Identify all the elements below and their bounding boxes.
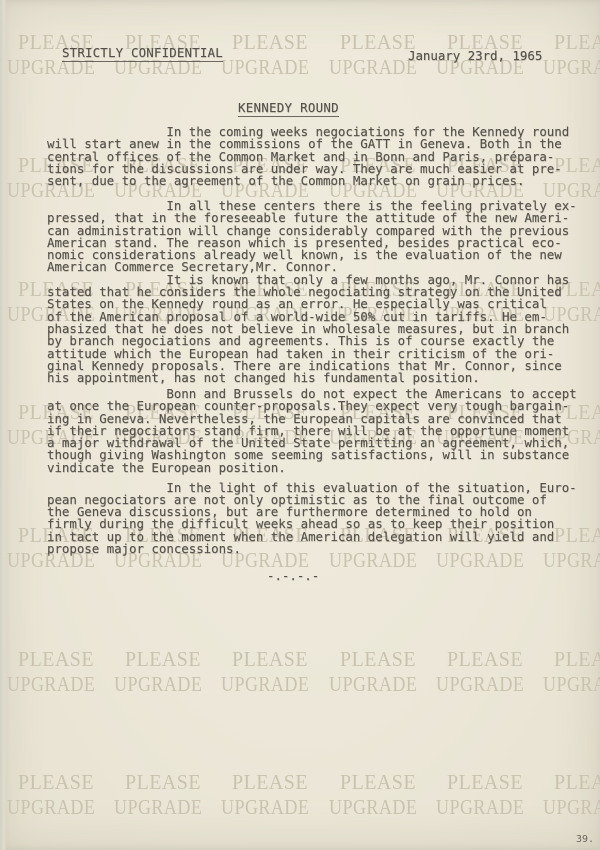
watermark-word-please: PLEASE [340,649,416,670]
date-label: January 23rd, 1965 [408,50,542,62]
end-separator: -.-.-.- [267,570,577,582]
watermark-word-upgrade: UPGRADE [114,674,202,695]
watermark-word-upgrade: UPGRADE [543,674,600,695]
watermark-word-upgrade: UPGRADE [7,674,95,695]
classification-label: STRICTLY CONFIDENTIAL [62,47,223,62]
watermark-word-upgrade: UPGRADE [329,57,417,78]
watermark-word-please: PLEASE [447,772,523,793]
watermark-word-please: PLEASE [18,772,94,793]
paragraph-2: In all these centers there is the feelin… [47,200,577,274]
watermark-word-please: PLEASE [554,649,600,670]
watermark-word-please: PLEASE [447,649,523,670]
watermark-word-upgrade: UPGRADE [114,797,202,818]
watermark-word-please: PLEASE [554,32,600,53]
watermark-word-please: PLEASE [340,772,416,793]
paragraph-5: In the light of this evaluation of the s… [47,482,577,556]
watermark-word-please: PLEASE [554,772,600,793]
watermark-word-upgrade: UPGRADE [436,674,524,695]
watermark-word-please: PLEASE [232,772,308,793]
paragraph-1: In the coming weeks negociations for the… [47,126,577,187]
watermark-word-please: PLEASE [125,649,201,670]
watermark-word-upgrade: UPGRADE [221,797,309,818]
document-body: In the coming weeks negociations for the… [47,126,577,582]
watermark-word-please: PLEASE [18,649,94,670]
watermark-word-upgrade: UPGRADE [329,797,417,818]
paragraph-3: It is known that only a few months ago, … [47,274,577,385]
document-title: KENNEDY ROUND [238,102,339,117]
watermark-word-upgrade: UPGRADE [221,674,309,695]
watermark-word-upgrade: UPGRADE [543,57,600,78]
watermark-word-please: PLEASE [232,649,308,670]
watermark-word-please: PLEASE [125,772,201,793]
watermark-word-upgrade: UPGRADE [543,797,600,818]
paragraph-4: Bonn and Brussels do not expect the Amer… [47,388,577,474]
document-page: PLEASEUPGRADEPLEASEUPGRADEPLEASEUPGRADEP… [0,0,600,850]
watermark-word-upgrade: UPGRADE [221,57,309,78]
watermark-word-please: PLEASE [340,32,416,53]
watermark-word-upgrade: UPGRADE [436,797,524,818]
watermark-word-upgrade: UPGRADE [329,674,417,695]
watermark-word-upgrade: UPGRADE [7,797,95,818]
watermark-word-please: PLEASE [232,32,308,53]
